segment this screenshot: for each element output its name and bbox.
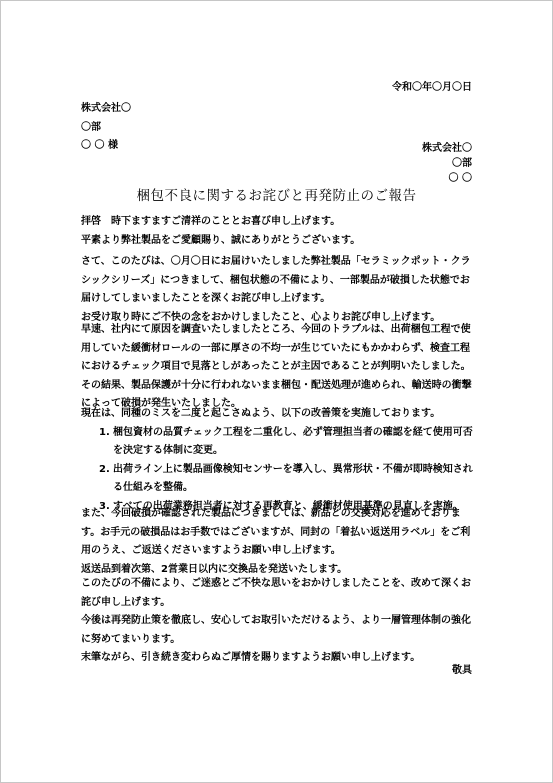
apology-paragraph: さて、このたびは、〇月〇日にお届けいたしました弊社製品「セラミックポット・クラシ… — [81, 253, 479, 327]
apology-line: さて、このたびは、〇月〇日にお届けいたしました弊社製品「セラミックポット・クラシ… — [81, 253, 479, 309]
closing-line: 今後は再発防止策を徹底し、安心してお取引いただけるよう、より一層管理体制の強化に… — [81, 612, 479, 649]
recipient-department: 〇部 — [81, 119, 131, 138]
recipient-name: 〇 〇 様 — [81, 137, 131, 156]
greeting-line: 平素より弊社製品をご愛顧賜り、誠にありがとうございます。 — [81, 232, 479, 251]
recipient-company: 株式会社〇 — [81, 100, 131, 119]
measures-section: 現在は、同種のミスを二度と起こさぬよう、以下の改善策を実施しております。 1. … — [81, 405, 479, 516]
document-page: 令和〇年〇月〇日 株式会社〇 〇部 〇 〇 様 株式会社〇 〇部 〇 〇 梱包不… — [0, 0, 553, 783]
closing-line: 末筆ながら、引き続き変わらぬご厚情を賜りますようお願い申し上げます。 — [81, 649, 479, 668]
cause-paragraph: 早速、社内にて原因を調査いたしましたところ、今回のトラブルは、出荷梱包工程で使用… — [81, 321, 479, 414]
sender-name: 〇 〇 — [422, 171, 472, 186]
list-text: 出荷ライン上に製品画像検知センサーを導入し、異常形状・不備が即時検知される仕組み… — [113, 464, 473, 494]
list-number: 2. — [99, 461, 110, 480]
closing-paragraph: このたびの不備により、ご迷惑とご不快な思いをおかけしましたことを、改めて深くお詫… — [81, 575, 479, 668]
exchange-line: また、今回破損が確認された製品につきましては、新品との交換対応を進めております。… — [81, 505, 479, 561]
sender-block: 株式会社〇 〇部 〇 〇 — [422, 141, 472, 186]
measures-intro: 現在は、同種のミスを二度と起こさぬよう、以下の改善策を実施しております。 — [81, 405, 479, 424]
letter-date: 令和〇年〇月〇日 — [392, 79, 472, 98]
cause-text: 早速、社内にて原因を調査いたしましたところ、今回のトラブルは、出荷梱包工程で使用… — [81, 321, 479, 414]
measures-list: 1. 梱包資材の品質チェック工程を二重化し、必ず管理担当者の確認を経て使用可否を… — [81, 424, 479, 517]
closing-line: このたびの不備により、ご迷惑とご不快な思いをおかけしましたことを、改めて深くお詫… — [81, 575, 479, 612]
greeting-line: 拝啓 時下ますますご清祥のこととお喜び申し上げます。 — [81, 213, 479, 232]
recipient-block: 株式会社〇 〇部 〇 〇 様 — [81, 100, 131, 156]
exchange-paragraph: また、今回破損が確認された製品につきましては、新品との交換対応を進めております。… — [81, 505, 479, 579]
list-number: 1. — [99, 424, 110, 443]
sender-company: 株式会社〇 — [422, 141, 472, 156]
list-item: 1. 梱包資材の品質チェック工程を二重化し、必ず管理担当者の確認を経て使用可否を… — [99, 424, 479, 461]
closing-salutation: 敬具 — [452, 662, 472, 681]
sender-department: 〇部 — [422, 156, 472, 171]
list-item: 2. 出荷ライン上に製品画像検知センサーを導入し、異常形状・不備が即時検知される… — [99, 461, 479, 498]
list-text: 梱包資材の品質チェック工程を二重化し、必ず管理担当者の確認を経て使用可否を決定す… — [113, 427, 473, 457]
letter-title: 梱包不良に関するお詫びと再発防止のご報告 — [1, 187, 552, 206]
greeting-paragraph: 拝啓 時下ますますご清祥のこととお喜び申し上げます。 平素より弊社製品をご愛顧賜… — [81, 213, 479, 250]
